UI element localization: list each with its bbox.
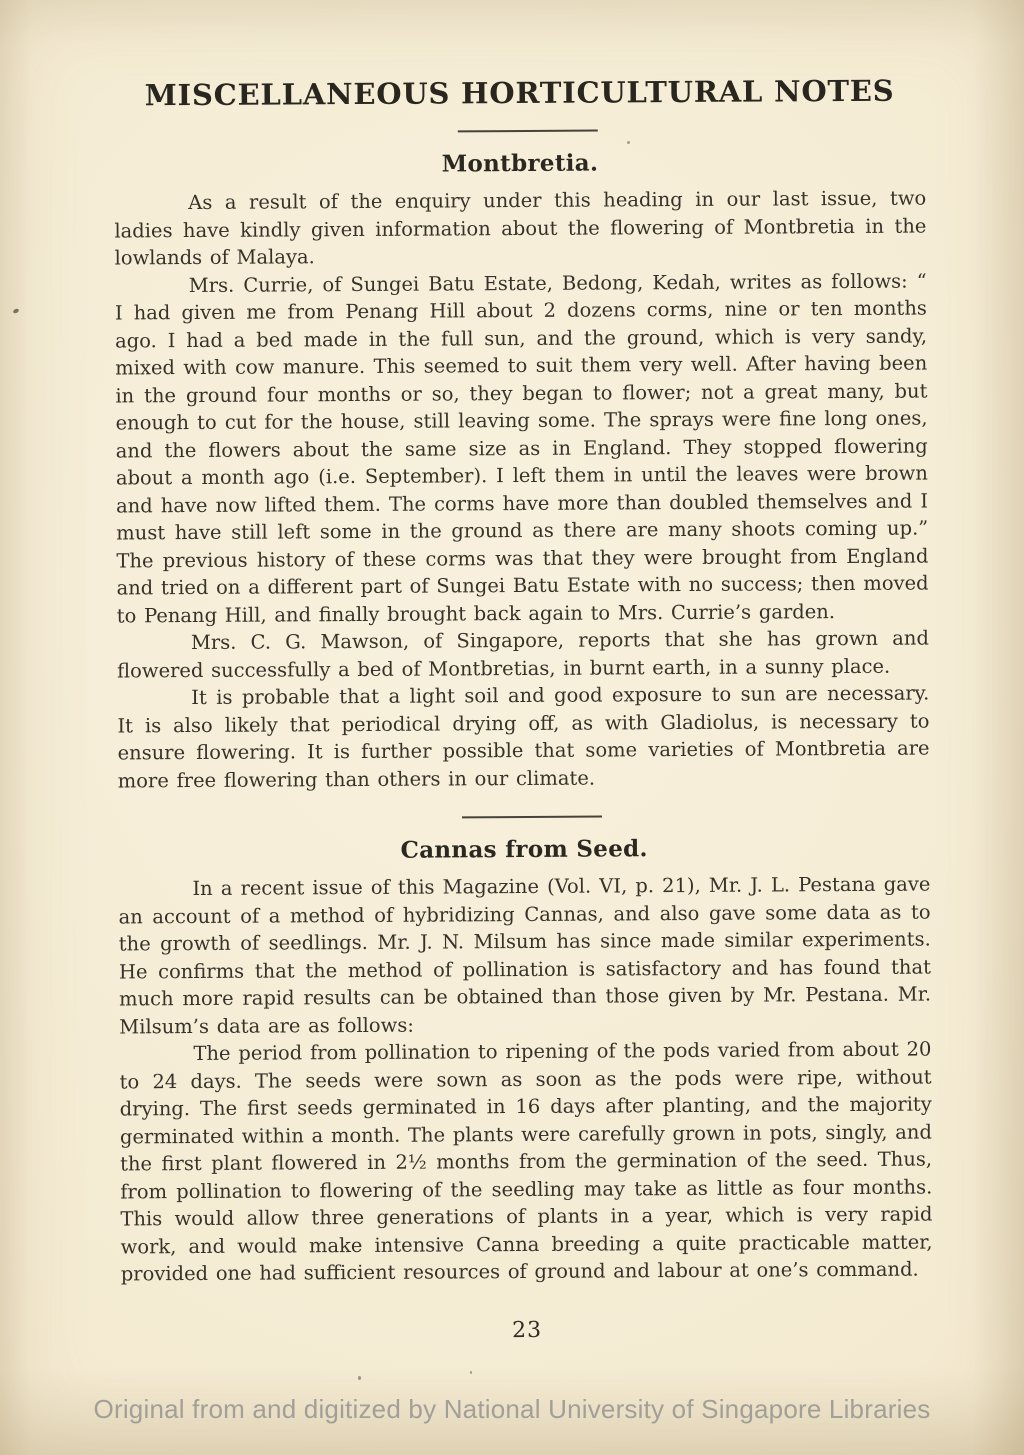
title-divider-rule (458, 130, 598, 133)
paragraph: Mrs. C. G. Mawson, of Singapore, reports… (117, 625, 929, 685)
paragraph: The period from pollination to ripening … (119, 1036, 932, 1288)
scanned-document-page: MISCELLANEOUS HORTICULTURAL NOTES Montbr… (0, 0, 1024, 1455)
section-cannas-from-seed: Cannas from Seed. In a recent issue of t… (118, 834, 933, 1288)
library-watermark: Original from and digitized by National … (0, 1394, 1024, 1425)
page-title: MISCELLANEOUS HORTICULTURAL NOTES (113, 74, 925, 113)
ink-speck (12, 308, 19, 314)
ink-speck (470, 1371, 472, 1374)
section-divider-rule (462, 816, 602, 819)
page-number: 23 (121, 1315, 933, 1345)
section-heading-cannas: Cannas from Seed. (118, 834, 930, 866)
ink-speck (627, 141, 630, 144)
ink-speck (358, 1376, 361, 1380)
section-heading-montbretia: Montbretia. (114, 148, 926, 180)
section-montbretia: Montbretia. As a result of the enquiry u… (114, 148, 930, 795)
paragraph: As a result of the enquiry under this he… (114, 185, 926, 272)
paragraph: Mrs. Currie, of Sungei Batu Estate, Bedo… (115, 267, 929, 629)
paragraph: In a recent issue of this Magazine (Vol.… (118, 871, 931, 1041)
page-content: MISCELLANEOUS HORTICULTURAL NOTES Montbr… (113, 0, 933, 1345)
paragraph: It is probable that a light soil and goo… (117, 680, 930, 795)
